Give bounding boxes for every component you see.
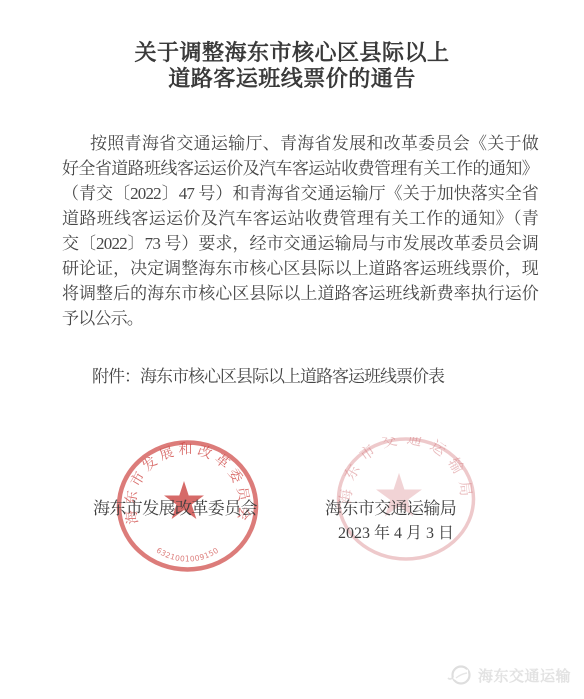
body-line: 道路班线客运运价及汽车客运站收费管理有关工作的通知》（青 [62, 206, 538, 231]
notice-document-page: 关于调整海东市核心区县际以上 道路客运班线票价的通告 按照青海省交通运输厅、青海… [0, 0, 584, 699]
attachment-line: 附件：海东市核心区县际以上道路客运班线票价表 [62, 362, 538, 387]
body-line: 予以公示。 [62, 306, 538, 331]
body-line: 将调整后的海东市核心区县际以上道路客运班线新费率执行运价 [62, 281, 538, 306]
org-signature-right: 海东市交通运输局 [325, 494, 456, 519]
document-title-line-1: 关于调整海东市核心区县际以上 [0, 40, 584, 66]
body-line: （青交〔2022〕47 号）和青海省交通运输厅《关于加快落实全省 [62, 181, 538, 206]
watermark-label: 海东交通运输 [478, 665, 571, 686]
watermark: 海东交通运输 [446, 662, 571, 688]
body-line: 研论证，决定调整海东市核心区县际以上道路客运班线票价，现 [62, 256, 538, 281]
body-line: 交〔2022〕73 号）要求，经市交通运输局与市发展改革委员会调 [62, 231, 538, 256]
document-title: 关于调整海东市核心区县际以上 道路客运班线票价的通告 [0, 40, 584, 92]
body-line: 按照青海省交通运输厅、青海省发展和改革委员会《关于做 [62, 131, 538, 156]
body-paragraph: 按照青海省交通运输厅、青海省发展和改革委员会《关于做 好全省道路班线客运运价及汽… [62, 131, 538, 331]
body-line: 好全省道路班线客运运价及汽车客运站收费管理有关工作的通知》 [62, 156, 538, 181]
watermark-logo-icon [446, 662, 472, 688]
issue-date: 2023 年 4 月 3 日 [338, 520, 454, 543]
seal-code-text: 6321001009150 [155, 546, 221, 564]
document-title-line-2: 道路客运班线票价的通告 [0, 66, 584, 92]
org-signature-left: 海东市发展改革委员会 [93, 494, 257, 519]
